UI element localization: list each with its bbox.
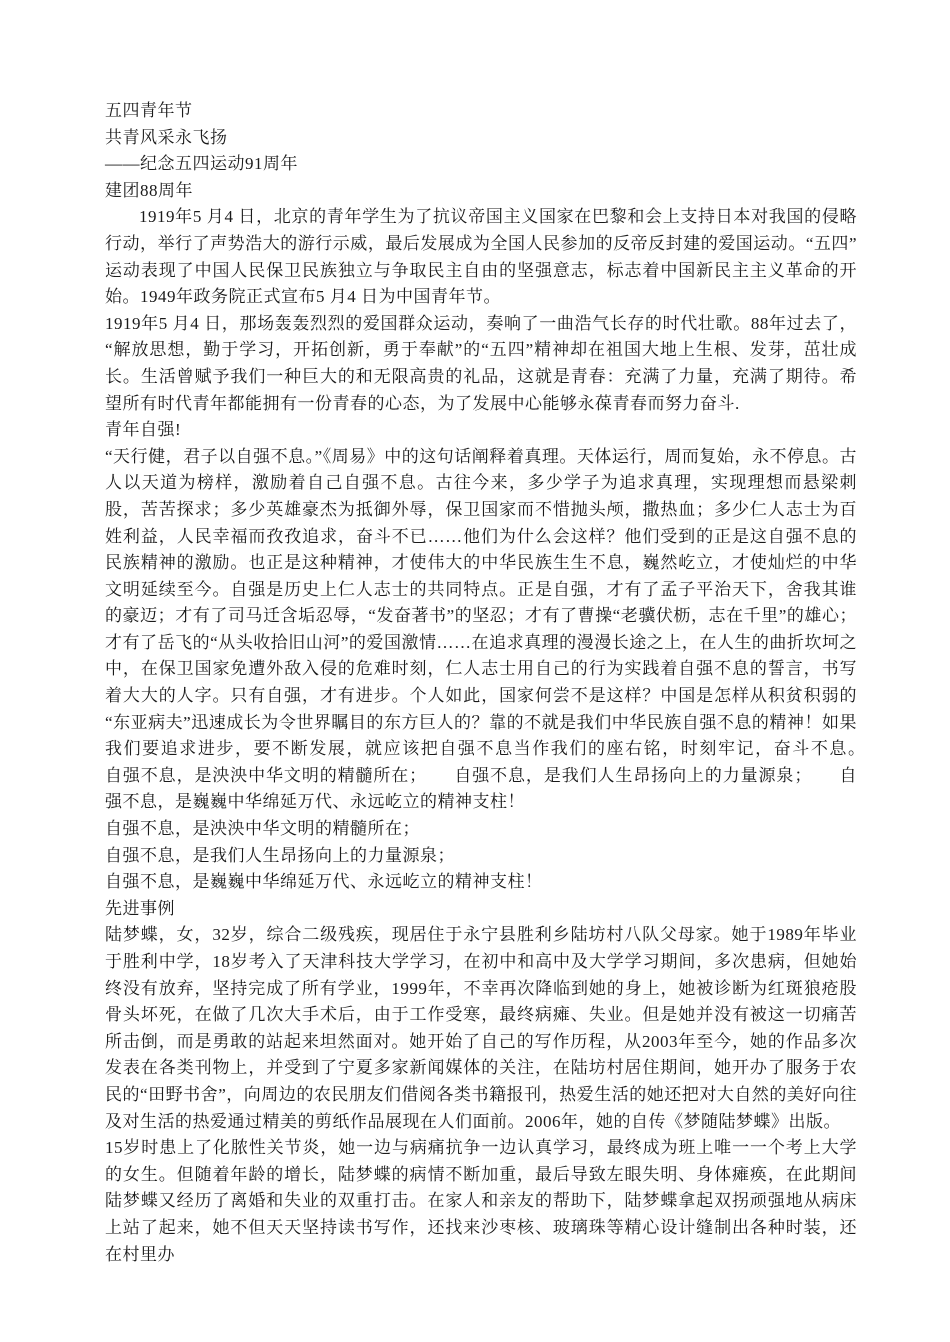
subtitle-line: 共青风采永飞扬 <box>105 125 857 152</box>
paragraph-history: 1919年5 月4 日，北京的青年学生为了抗议帝国主义国家在巴黎和会上支持日本对… <box>105 204 857 310</box>
section-heading-advanced-examples: 先进事例 <box>105 896 857 923</box>
dedication-line: ——纪念五四运动91周年 <box>105 151 857 178</box>
paragraph-lumengdie-story: 15岁时患上了化脓性关节炎，她一边与病痛抗争一边认真学习，最终成为班上唯一一个考… <box>105 1135 857 1268</box>
paragraph-commemoration: 1919年5 月4 日，那场轰轰烈烈的爱国群众运动，奏响了一曲浩气长存的时代壮歌… <box>105 311 857 417</box>
anniversary-line: 建团88周年 <box>105 178 857 205</box>
document-page: 五四青年节 共青风采永飞扬 ——纪念五四运动91周年 建团88周年 1919年5… <box>0 0 950 1342</box>
paragraph-self-improvement-essay: “天行健，君子以自强不息。”《周易》中的这句话阐释着真理。天体运行，周而复始，永… <box>105 444 857 816</box>
slogan-line-2: 自强不息，是我们人生昂扬向上的力量源泉； <box>105 843 857 870</box>
slogan-line-1: 自强不息，是泱泱中华文明的精髓所在； <box>105 816 857 843</box>
section-heading-youth-self-improvement: 青年自强! <box>105 417 857 444</box>
slogan-line-3: 自强不息，是巍巍中华绵延万代、永远屹立的精神支柱！ <box>105 869 857 896</box>
paragraph-lumengdie-bio: 陆梦蝶，女，32岁，综合二级残疾，现居住于永宁县胜利乡陆坊村八队父母家。她于19… <box>105 922 857 1135</box>
title-line: 五四青年节 <box>105 98 857 125</box>
document-content: 五四青年节 共青风采永飞扬 ——纪念五四运动91周年 建团88周年 1919年5… <box>105 98 857 1268</box>
